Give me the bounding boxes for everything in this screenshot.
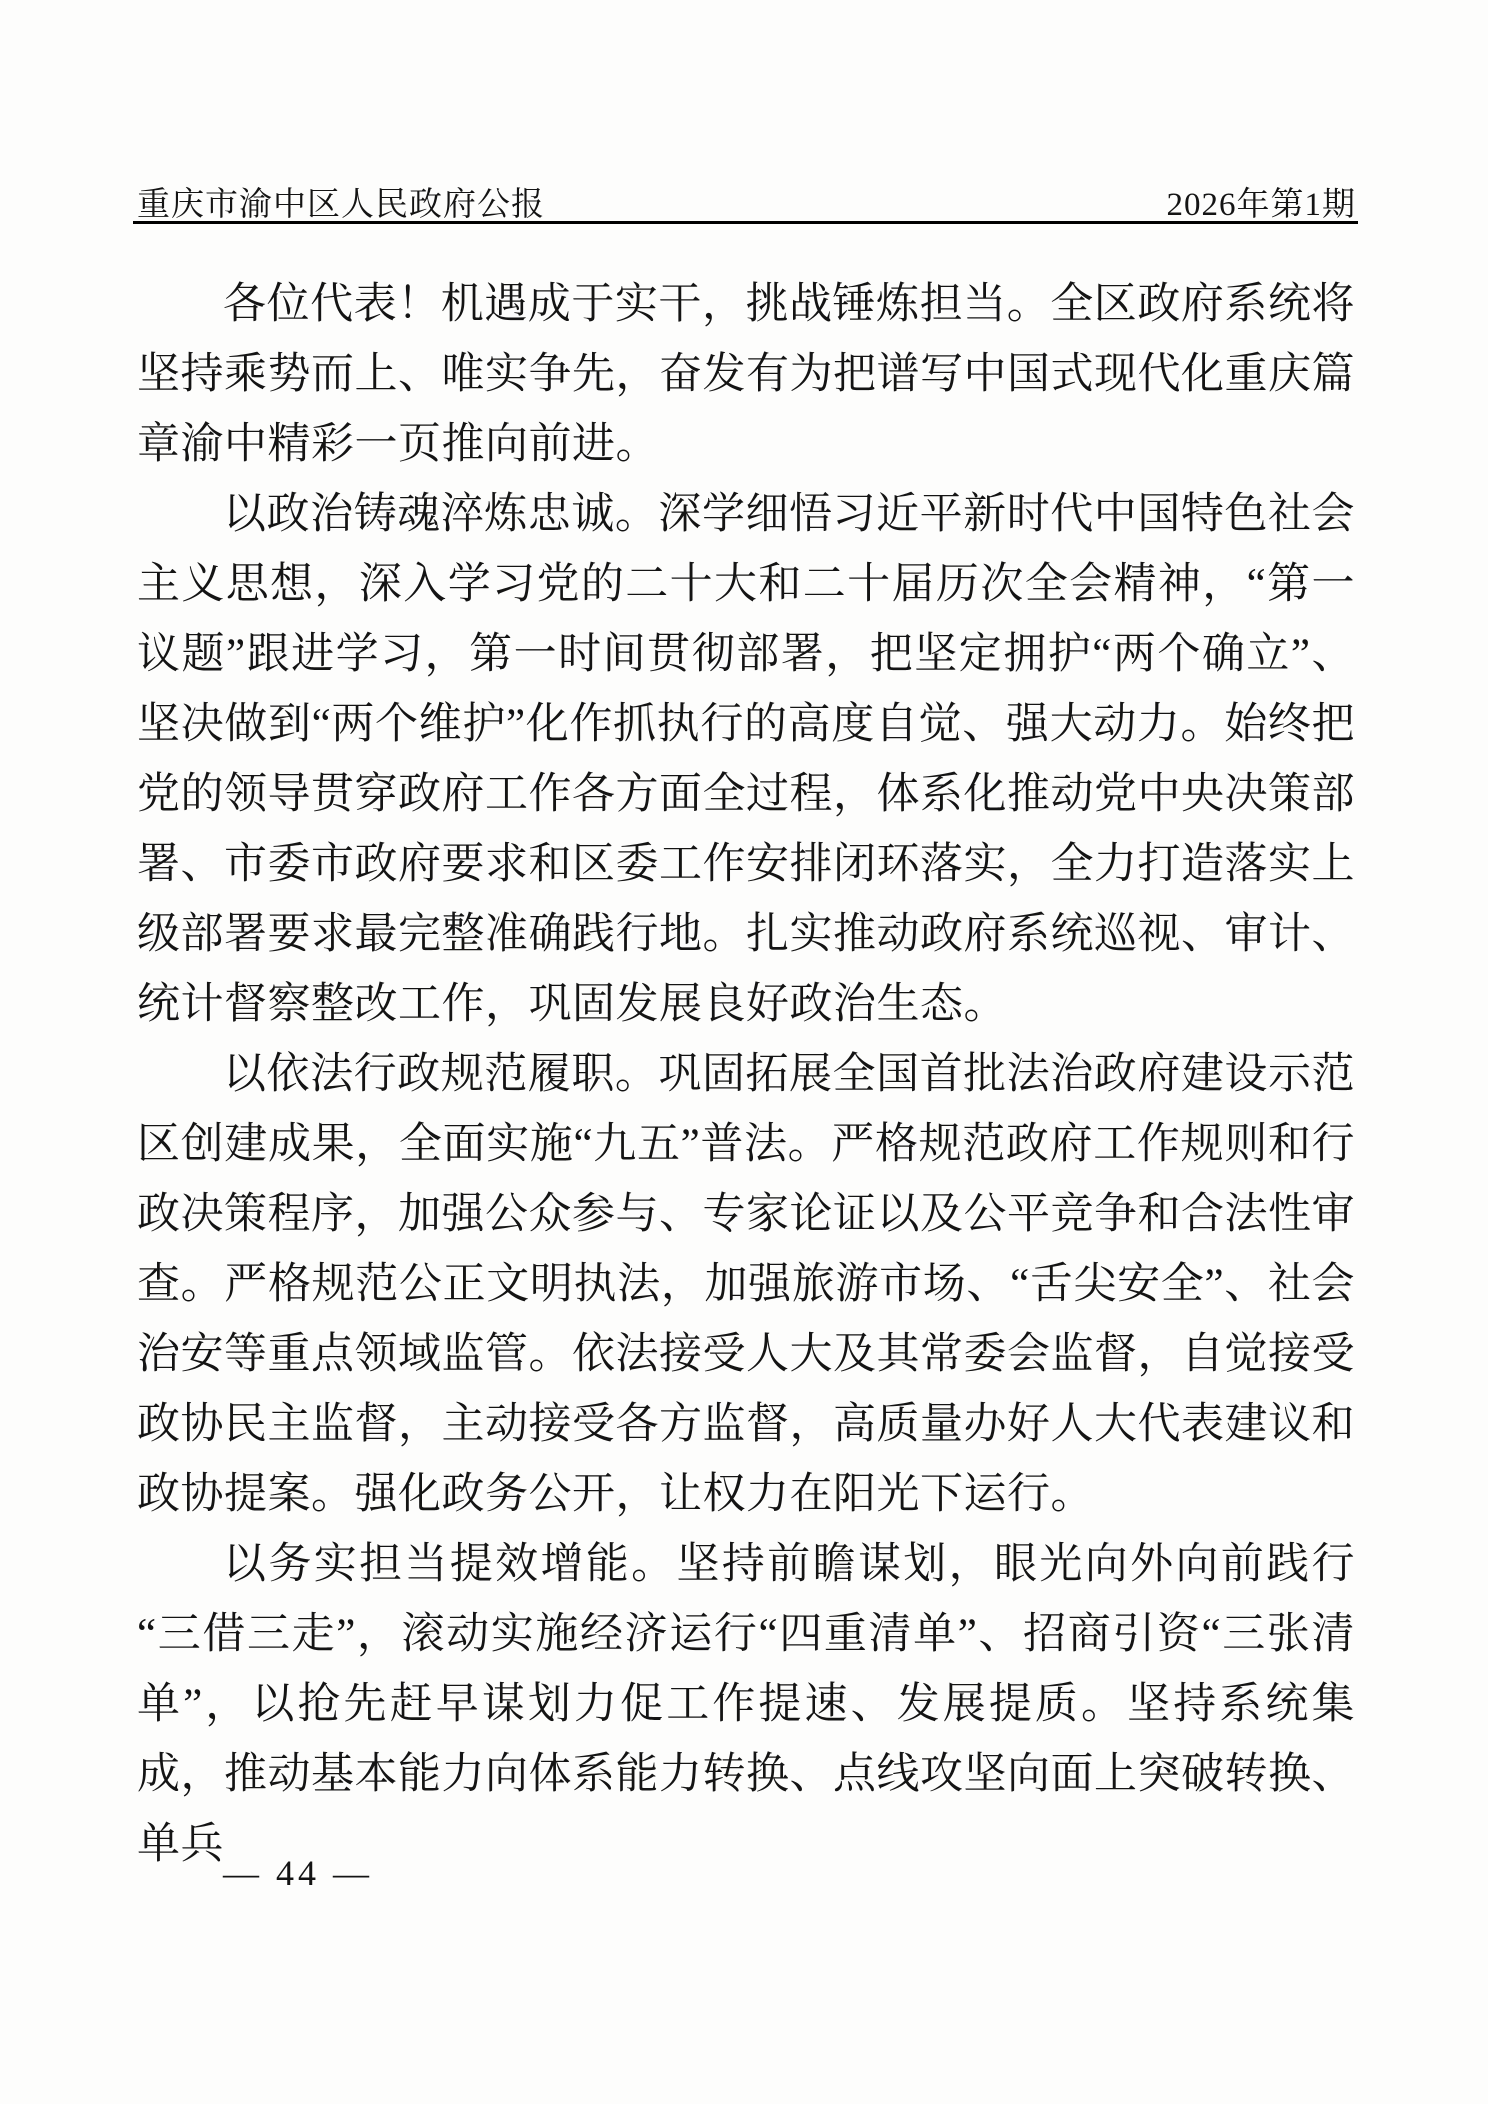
gazette-title: 重庆市渝中区人民政府公报 xyxy=(137,178,545,225)
gazette-page: 重庆市渝中区人民政府公报 2026年第1期 各位代表！机遇成于实干，挑战锤炼担当… xyxy=(0,0,1488,2104)
header-divider xyxy=(133,221,1358,224)
page-header: 重庆市渝中区人民政府公报 2026年第1期 xyxy=(137,178,1356,225)
paragraph: 各位代表！机遇成于实干，挑战锤炼担当。全区政府系统将坚持乘势而上、唯实争先，奋发… xyxy=(137,270,1355,480)
paragraph: 以务实担当提效增能。坚持前瞻谋划，眼光向外向前践行“三借三走”，滚动实施经济运行… xyxy=(137,1530,1355,1880)
paragraph: 以政治铸魂淬炼忠诚。深学细悟习近平新时代中国特色社会主义思想，深入学习党的二十大… xyxy=(137,480,1355,1040)
page-footer: — 44 — xyxy=(137,1852,373,1894)
paragraph: 以依法行政规范履职。巩固拓展全国首批法治政府建设示范区创建成果，全面实施“九五”… xyxy=(137,1040,1355,1530)
page-number: — 44 — xyxy=(137,1853,373,1893)
document-body: 各位代表！机遇成于实干，挑战锤炼担当。全区政府系统将坚持乘势而上、唯实争先，奋发… xyxy=(137,270,1355,1880)
issue-label: 2026年第1期 xyxy=(1167,178,1357,225)
